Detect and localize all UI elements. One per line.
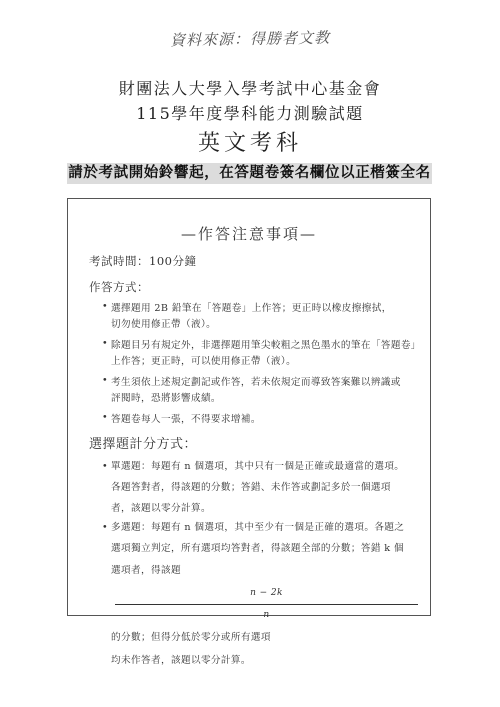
notice-box: —作答注意事項— 考試時間：100分鐘 作答方式： • 選擇題用 2B 鉛筆在「… bbox=[67, 198, 431, 616]
bullet-icon: • bbox=[102, 375, 108, 386]
multiple-choice-rule: • 多選題：每題有 n 個選項，其中至少有一個是正確的選項。各題之 選項獨立判定… bbox=[102, 517, 422, 671]
bullet-icon: • bbox=[102, 412, 108, 423]
answer-rule-item: • 答題卷每人一張，不得要求增補。 bbox=[102, 412, 422, 428]
answer-rule-item: • 選擇題用 2B 鉛筆在「答題卷」上作答；更正時以橡皮擦擦拭， 切勿使用修正帶… bbox=[102, 301, 422, 333]
fraction-line: 選項者，得該題n − 2kn的分數；但得分低於零分或所有選項 bbox=[111, 559, 422, 650]
signature-instruction-banner: 請於考試開始鈴響起，在答題卷簽名欄位以正楷簽全名 bbox=[67, 163, 432, 184]
answer-rule-item: • 除題目另有規定外，非選擇題用筆尖較粗之黑色墨水的筆在「答題卷」 上作答；更正… bbox=[102, 338, 422, 370]
answer-method-label: 作答方式： bbox=[89, 279, 149, 295]
answer-rule-item: • 考生須依上述規定劃記或作答，若未依規定而導致答案難以辨識或 評閱時，恐將影響… bbox=[102, 375, 422, 407]
organization-title: 財團法人大學入學考試中心基金會 bbox=[0, 76, 500, 99]
exam-title: 115學年度學科能力測驗試題 bbox=[0, 101, 500, 124]
bullet-icon: • bbox=[102, 301, 108, 312]
single-choice-rule: • 單選題：每題有 n 個選項，其中只有一個是正確或最適當的選項。 各題答對者，… bbox=[102, 456, 422, 519]
score-fraction: n − 2kn bbox=[115, 583, 418, 626]
notice-heading: —作答注意事項— bbox=[68, 223, 430, 244]
subject-title: 英文考科 bbox=[0, 126, 500, 157]
bullet-icon: • bbox=[102, 338, 108, 349]
exam-time: 考試時間：100分鐘 bbox=[89, 253, 196, 269]
bullet-icon: • bbox=[102, 522, 108, 533]
scoring-method-label: 選擇題計分方式： bbox=[89, 433, 197, 452]
handwritten-source-note: 資料來源：得勝者文教 bbox=[0, 24, 500, 54]
bullet-icon: • bbox=[102, 461, 108, 472]
